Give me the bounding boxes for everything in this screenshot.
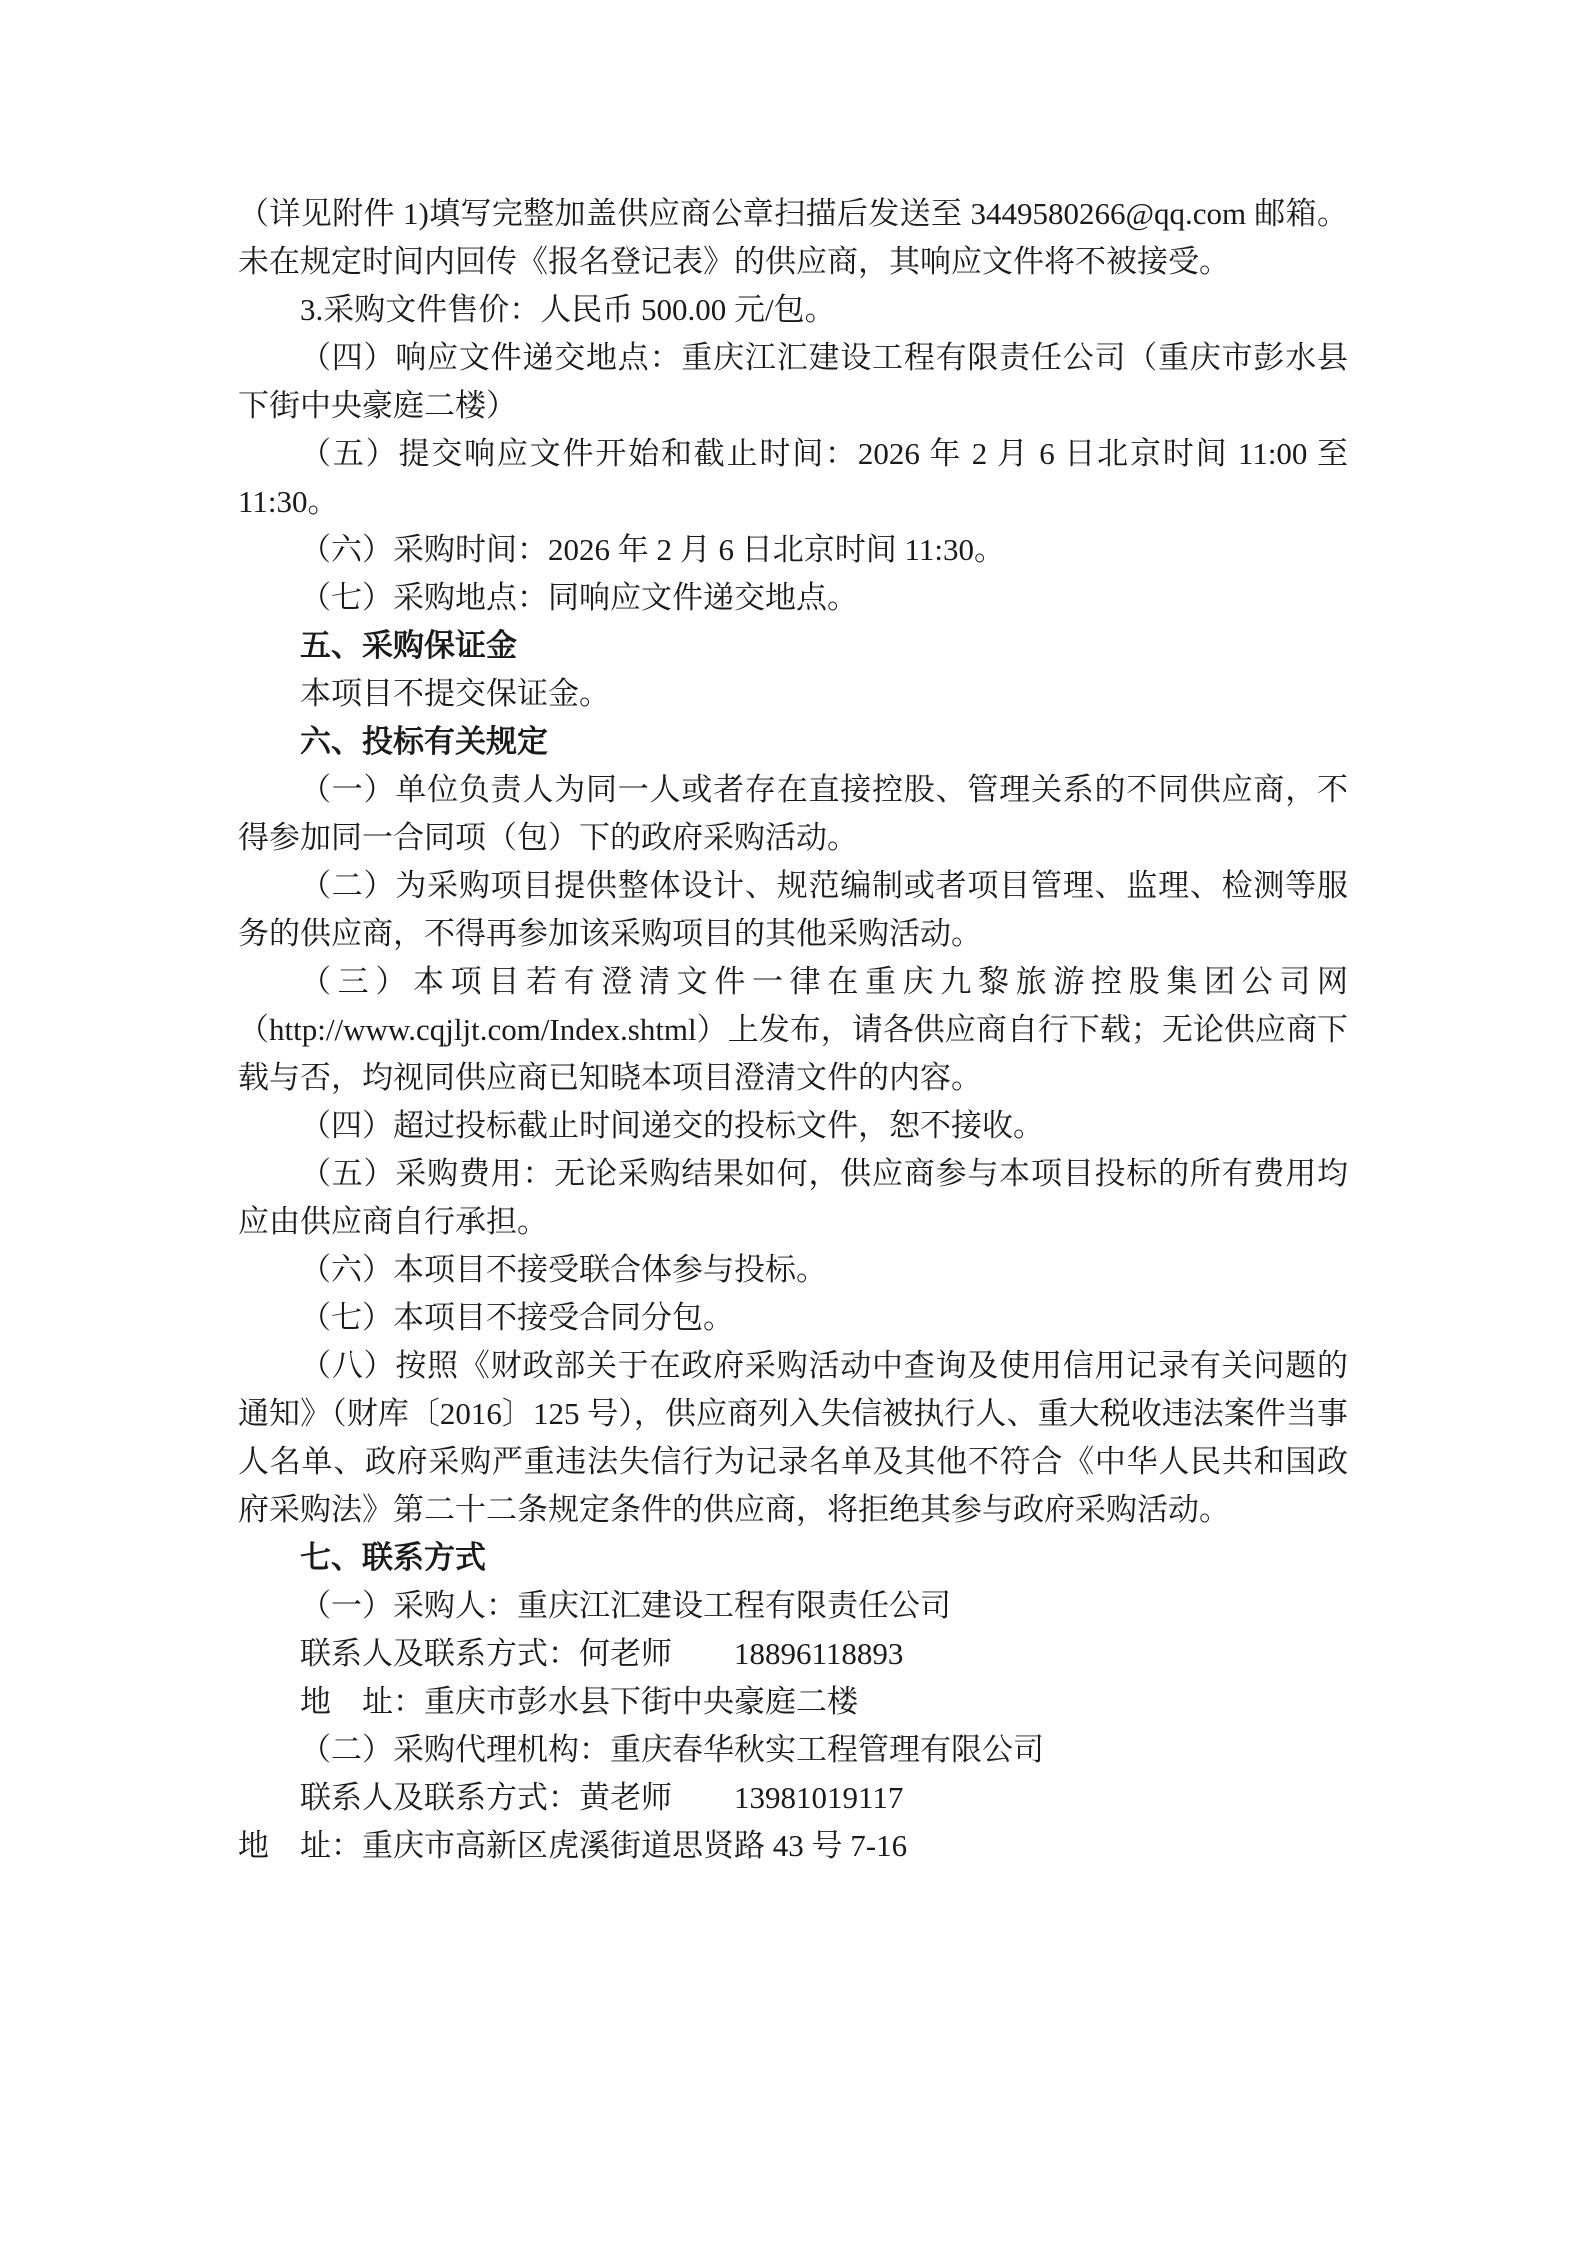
paragraph-purchaser: （一）采购人：重庆江汇建设工程有限责任公司 [238, 1582, 1348, 1630]
paragraph-agency-contact: 联系人及联系方式：黄老师 13981019117 [238, 1774, 1348, 1822]
paragraph-registration-continued: （详见附件 1)填写完整加盖供应商公章扫描后发送至 3449580266@qq.… [238, 190, 1348, 286]
clarification-text-pre: （三）本项目若有澄清文件一律在重庆九黎旅游控股集团公司网 [300, 964, 1348, 999]
paragraph-procurement-time: （六）采购时间：2026 年 2 月 6 日北京时间 11:30。 [238, 526, 1348, 574]
paragraph-rule-3-clarification: （三）本项目若有澄清文件一律在重庆九黎旅游控股集团公司网（http://www.… [238, 958, 1348, 1102]
paragraph-purchaser-address: 地 址：重庆市彭水县下街中央豪庭二楼 [238, 1678, 1348, 1726]
paragraph-purchaser-contact: 联系人及联系方式：何老师 18896118893 [238, 1630, 1348, 1678]
paragraph-rule-7: （七）本项目不接受合同分包。 [238, 1294, 1348, 1342]
paragraph-rule-2: （二）为采购项目提供整体设计、规范编制或者项目管理、监理、检测等服务的供应商，不… [238, 862, 1348, 958]
paragraph-rule-8: （八）按照《财政部关于在政府采购活动中查询及使用信用记录有关问题的通知》（财库〔… [238, 1342, 1348, 1534]
heading-section-7-contact: 七、联系方式 [238, 1534, 1348, 1582]
paragraph-rule-5: （五）采购费用：无论采购结果如何，供应商参与本项目投标的所有费用均应由供应商自行… [238, 1150, 1348, 1246]
heading-section-6-bidding-rules: 六、投标有关规定 [238, 718, 1348, 766]
paragraph-rule-1: （一）单位负责人为同一人或者存在直接控股、管理关系的不同供应商，不得参加同一合同… [238, 766, 1348, 862]
paragraph-document-price: 3.采购文件售价：人民币 500.00 元/包。 [238, 286, 1348, 334]
paragraph-agency-address: 地 址：重庆市高新区虎溪街道思贤路 43 号 7-16 [238, 1822, 1348, 1870]
paragraph-rule-6: （六）本项目不接受联合体参与投标。 [238, 1246, 1348, 1294]
heading-section-5-deposit: 五、采购保证金 [238, 622, 1348, 670]
paragraph-submission-time: （五）提交响应文件开始和截止时间：2026 年 2 月 6 日北京时间 11:0… [238, 430, 1348, 526]
paragraph-procurement-location: （七）采购地点：同响应文件递交地点。 [238, 574, 1348, 622]
paragraph-no-deposit: 本项目不提交保证金。 [238, 670, 1348, 718]
document-page: （详见附件 1)填写完整加盖供应商公章扫描后发送至 3449580266@qq.… [0, 0, 1587, 2245]
paragraph-rule-4: （四）超过投标截止时间递交的投标文件，恕不接收。 [238, 1102, 1348, 1150]
paragraph-submission-location: （四）响应文件递交地点：重庆江汇建设工程有限责任公司（重庆市彭水县下街中央豪庭二… [238, 334, 1348, 430]
clarification-url: （http://www.cqjljt.com/Index.shtml） [238, 1012, 728, 1047]
paragraph-agency: （二）采购代理机构：重庆春华秋实工程管理有限公司 [238, 1726, 1348, 1774]
